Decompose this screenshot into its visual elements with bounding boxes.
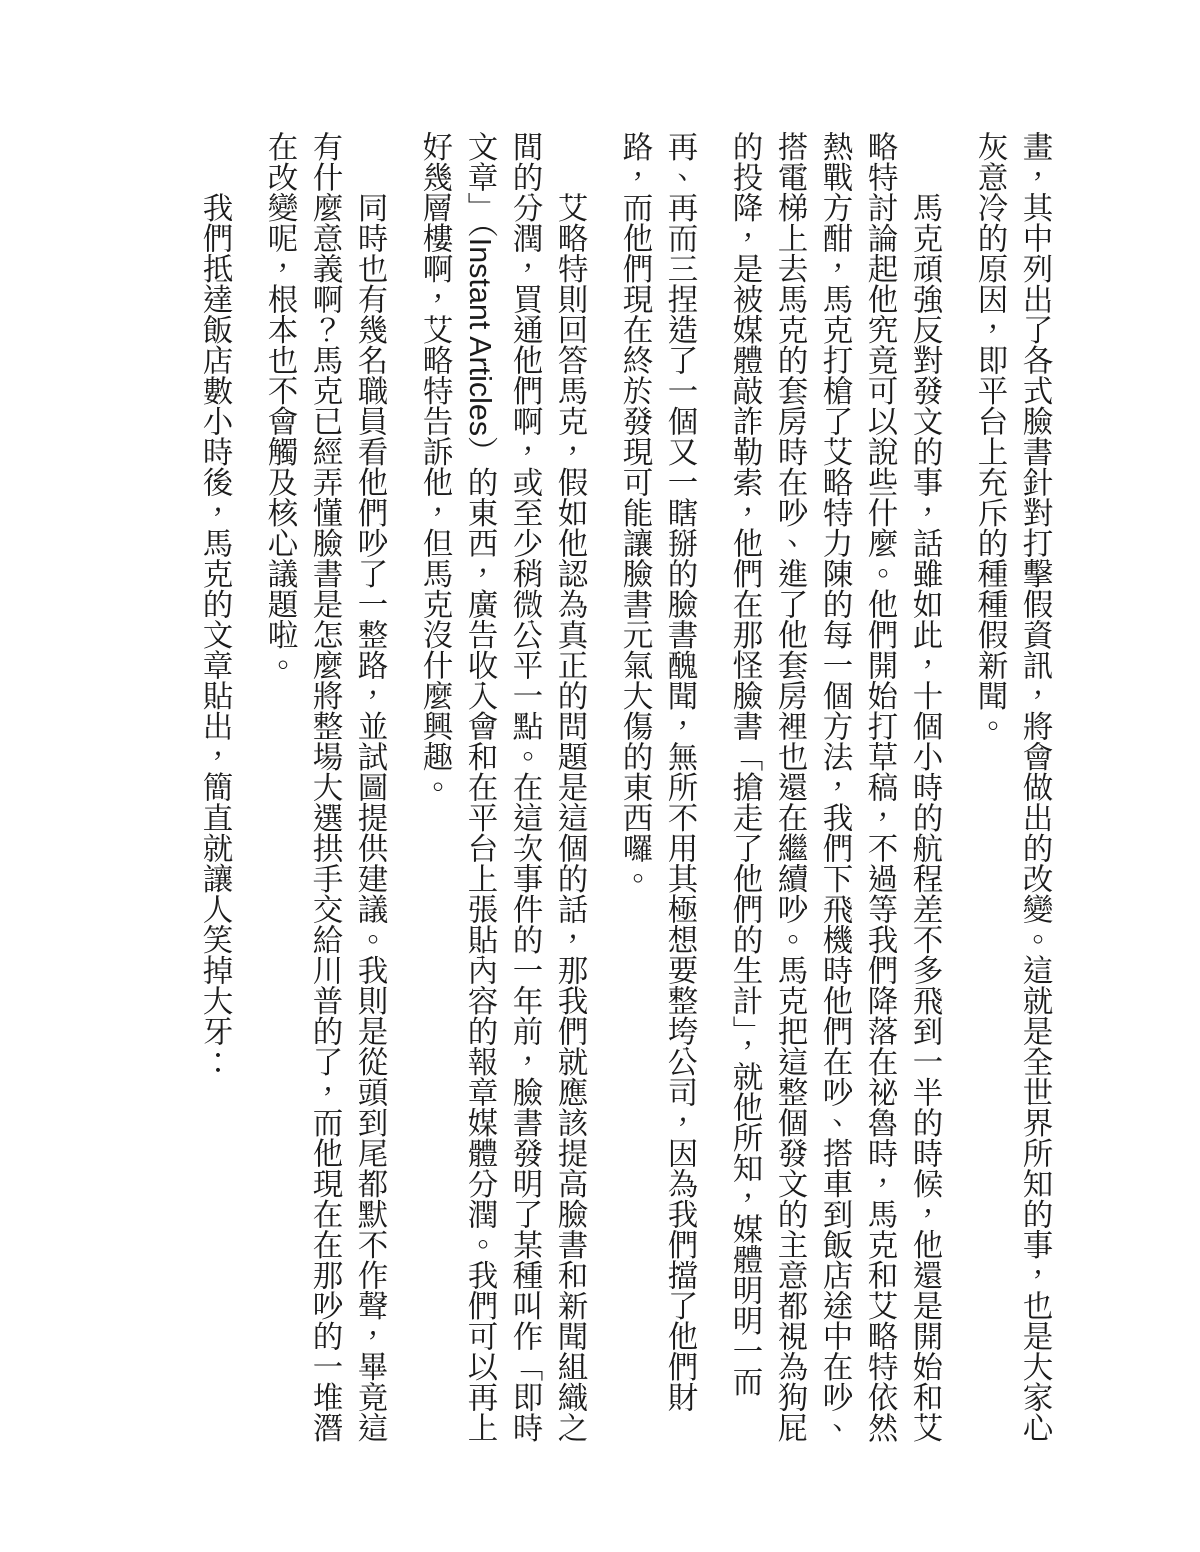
paragraph: 再、再而三捏造了一個又一瞎掰的臉書醜聞，無所不用其極想要整垮公司，因為我們擋了他… bbox=[612, 131, 702, 1461]
paragraph: 我們抵達飯店數小時後，馬克的文章貼出，簡直就讓人笑掉大牙： bbox=[192, 131, 237, 1461]
paragraph: 畫，其中列出了各式臉書針對打擊假資訊，將會做出的改變。這就是全世界所知的事，也是… bbox=[967, 131, 1057, 1461]
book-page: 畫，其中列出了各式臉書針對打擊假資訊，將會做出的改變。這就是全世界所知的事，也是… bbox=[0, 0, 1200, 1552]
vertical-text-area: 畫，其中列出了各式臉書針對打擊假資訊，將會做出的改變。這就是全世界所知的事，也是… bbox=[192, 131, 1057, 1461]
paragraph: 艾略特則回答馬克，假如他認為真正的問題是這個的話，那我們就應該提高臉書和新聞組織… bbox=[412, 131, 592, 1461]
paragraph: 馬克頑強反對發文的事，話雖如此，十個小時的航程差不多飛到一半的時候，他還是開始和… bbox=[722, 131, 947, 1461]
paragraph: 同時也有幾名職員看他們吵了一整路，並試圖提供建議。我則是從頭到尾都默不作聲，畢竟… bbox=[257, 131, 392, 1461]
